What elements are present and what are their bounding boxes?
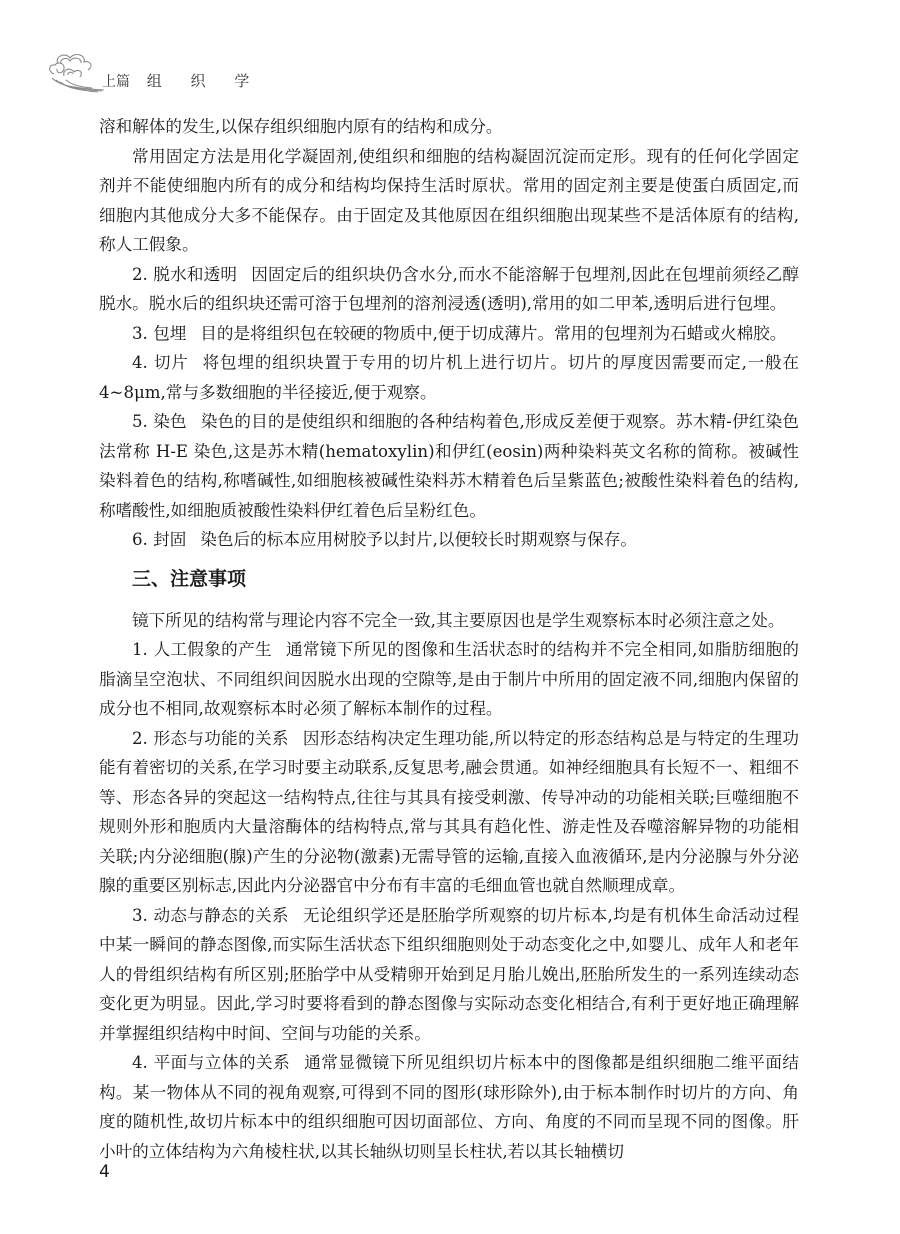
- step-paragraph: 3. 包埋目的是将组织包在较硬的物质中,便于切成薄片。常用的包埋剂为石蜡或火棉胶…: [99, 319, 799, 349]
- step-text: 染色的目的是使组织和细胞的各种结构着色,形成反差便于观察。苏木精-伊红染色法常称…: [99, 412, 799, 520]
- note-paragraph: 2. 形态与功能的关系因形态结构决定生理功能,所以特定的形态结构总是与特定的生理…: [99, 724, 799, 901]
- note-paragraph: 1. 人工假象的产生通常镜下所见的图像和生活状态时的结构并不完全相同,如脂肪细胞…: [99, 635, 799, 724]
- step-label: 3. 包埋: [132, 324, 186, 343]
- page-number: 4: [99, 1162, 110, 1182]
- note-label: 2. 形态与功能的关系: [132, 729, 289, 748]
- step-paragraph: 6. 封固染色后的标本应用树胶予以封片,以便较长时期观察与保存。: [99, 525, 799, 555]
- paragraph: 常用固定方法是用化学凝固剂,使组织和细胞的结构凝固沉淀而定形。现有的任何化学固定…: [99, 142, 799, 260]
- part-label: 上篇: [102, 74, 130, 90]
- step-text: 目的是将组织包在较硬的物质中,便于切成薄片。常用的包埋剂为石蜡或火棉胶。: [200, 324, 786, 343]
- step-label: 4. 切片: [132, 353, 189, 372]
- page-body: 溶和解体的发生,以保存组织细胞内原有的结构和成分。 常用固定方法是用化学凝固剂,…: [99, 112, 799, 1166]
- step-text: 染色后的标本应用树胶予以封片,以便较长时期观察与保存。: [200, 530, 637, 549]
- section-heading: 三、注意事项: [99, 565, 799, 593]
- step-label: 6. 封固: [132, 530, 186, 549]
- note-text: 无论组织学还是胚胎学所观察的切片标本,均是有机体生命活动过程中某一瞬间的静态图像…: [99, 906, 799, 1043]
- note-paragraph: 4. 平面与立体的关系通常显微镜下所见组织切片标本中的图像都是组织细胞二维平面结…: [99, 1048, 799, 1166]
- running-head-text: 上篇 组 织 学: [102, 70, 261, 91]
- step-label: 5. 染色: [132, 412, 187, 431]
- note-label: 4. 平面与立体的关系: [132, 1053, 290, 1072]
- note-label: 3. 动态与静态的关系: [132, 906, 289, 925]
- section-intro: 镜下所见的结构常与理论内容不完全一致,其主要原因也是学生观察标本时必须注意之处。: [99, 606, 799, 636]
- step-paragraph: 2. 脱水和透明因固定后的组织块仍含水分,而水不能溶解于包埋剂,因此在包埋前须经…: [99, 260, 799, 319]
- note-label: 1. 人工假象的产生: [132, 640, 272, 659]
- auspicious-cloud-icon: [44, 50, 106, 94]
- step-paragraph: 4. 切片将包埋的组织块置于专用的切片机上进行切片。切片的厚度因需要而定,一般在…: [99, 348, 799, 407]
- paragraph: 溶和解体的发生,以保存组织细胞内原有的结构和成分。: [99, 112, 799, 142]
- note-text: 因形态结构决定生理功能,所以特定的形态结构总是与特定的生理功能有着密切的关系,在…: [99, 729, 799, 896]
- step-text: 将包埋的组织块置于专用的切片机上进行切片。切片的厚度因需要而定,一般在 4~8μ…: [99, 353, 799, 402]
- running-header: 上篇 组 织 学: [44, 50, 444, 94]
- note-paragraph: 3. 动态与静态的关系无论组织学还是胚胎学所观察的切片标本,均是有机体生命活动过…: [99, 901, 799, 1049]
- step-paragraph: 5. 染色染色的目的是使组织和细胞的各种结构着色,形成反差便于观察。苏木精-伊红…: [99, 407, 799, 525]
- book-title: 组 织 学: [147, 72, 262, 90]
- step-label: 2. 脱水和透明: [132, 265, 237, 284]
